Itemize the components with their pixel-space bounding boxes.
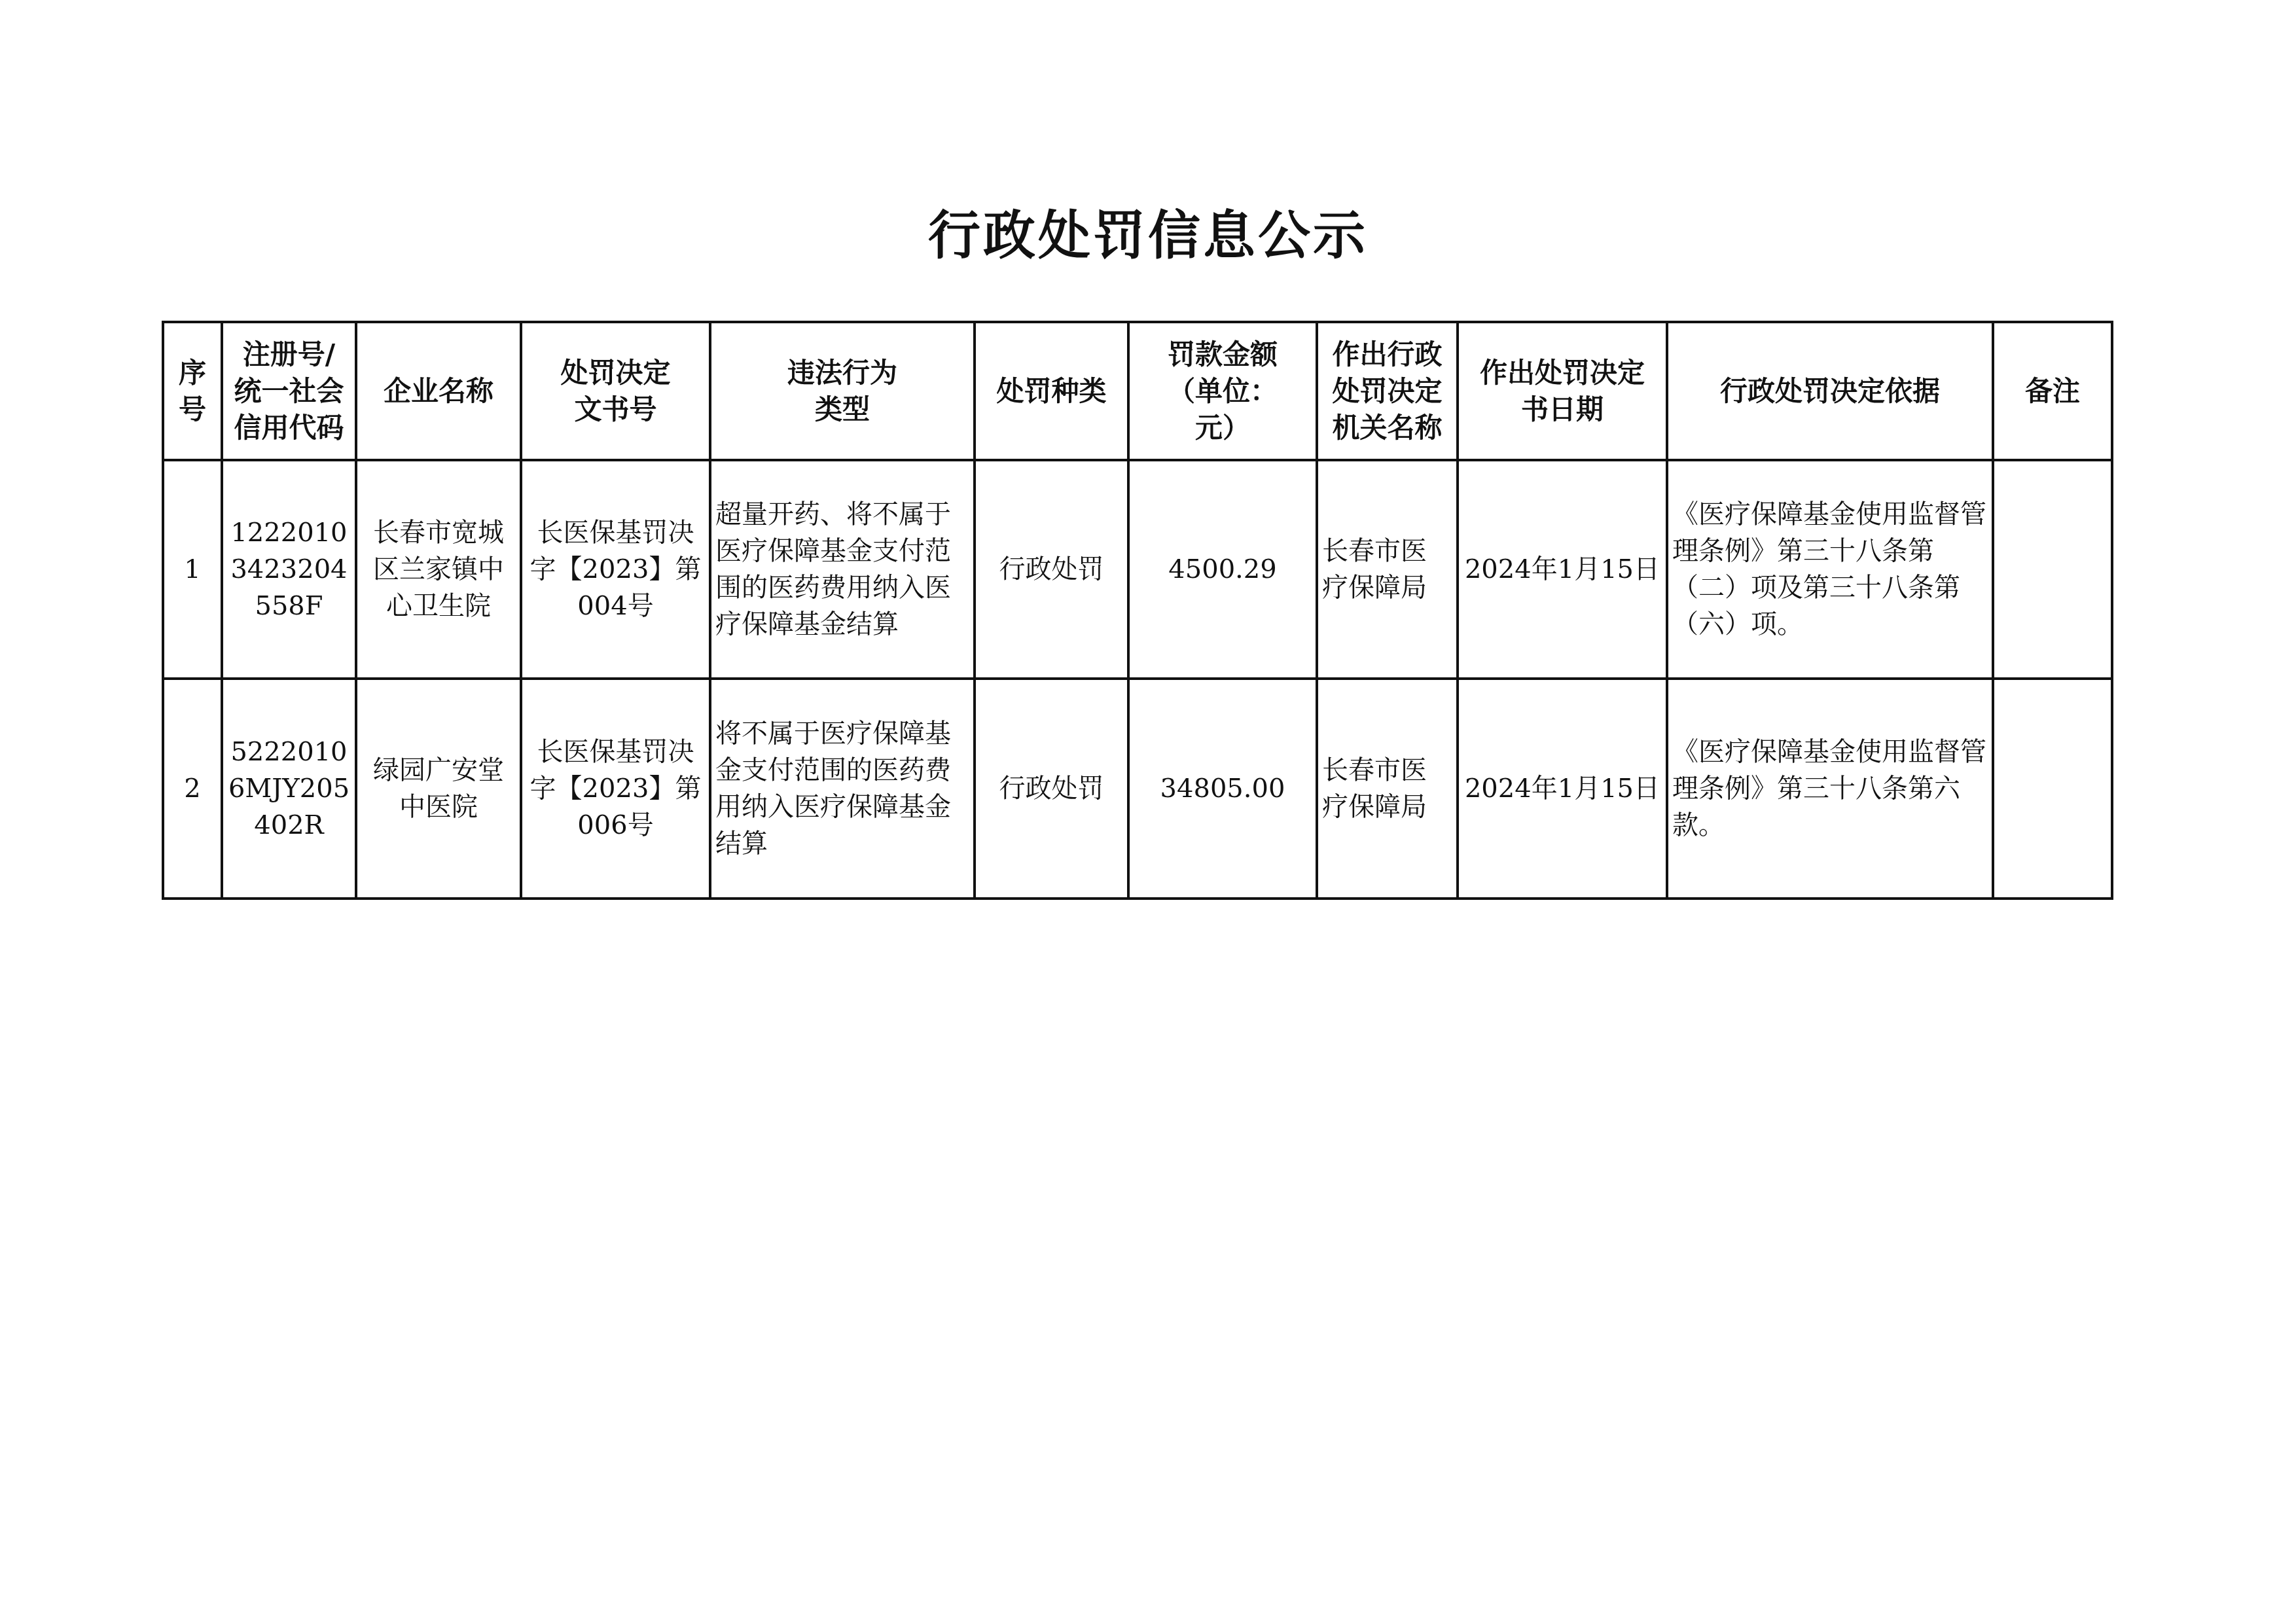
page-title: 行政处罚信息公示	[0, 196, 2296, 275]
cell-remarks	[1993, 460, 2112, 679]
cell-violation-type: 将不属于医疗保障基金支付范围的医药费用纳入医疗保障基金结算	[710, 679, 975, 899]
cell-penalty-type: 行政处罚	[975, 460, 1128, 679]
header-legal-basis: 行政处罚决定依据	[1667, 322, 1993, 460]
header-company-name: 企业名称	[356, 322, 521, 460]
table-header-row: 序号 注册号/ 统一社会 信用代码 企业名称 处罚决定 文书号 违法行为 类型 …	[163, 322, 2112, 460]
header-credit-code: 注册号/ 统一社会 信用代码	[222, 322, 356, 460]
cell-fine-amount: 4500.29	[1128, 460, 1317, 679]
cell-fine-amount: 34805.00	[1128, 679, 1317, 899]
penalty-info-table: 序号 注册号/ 统一社会 信用代码 企业名称 处罚决定 文书号 违法行为 类型 …	[162, 321, 2113, 900]
header-decision-date: 作出处罚决定 书日期	[1458, 322, 1667, 460]
cell-company-name: 长春市宽城区兰家镇中心卫生院	[356, 460, 521, 679]
cell-authority: 长春市医疗保障局	[1317, 460, 1458, 679]
cell-credit-code: 52220106MJY205402R	[222, 679, 356, 899]
cell-penalty-type: 行政处罚	[975, 679, 1128, 899]
cell-company-name: 绿园广安堂中医院	[356, 679, 521, 899]
cell-legal-basis: 《医疗保障基金使用监督管理条例》第三十八条第（二）项及第三十八条第（六）项。	[1667, 460, 1993, 679]
cell-index: 2	[163, 679, 222, 899]
cell-authority: 长春市医疗保障局	[1317, 679, 1458, 899]
header-remarks: 备注	[1993, 322, 2112, 460]
table-row: 1 12220103423204558F 长春市宽城区兰家镇中心卫生院 长医保基…	[163, 460, 2112, 679]
cell-decision-date: 2024年1月15日	[1458, 460, 1667, 679]
header-penalty-type: 处罚种类	[975, 322, 1128, 460]
header-fine-amount: 罚款金额 （单位： 元）	[1128, 322, 1317, 460]
cell-violation-type: 超量开药、将不属于医疗保障基金支付范围的医药费用纳入医疗保障基金结算	[710, 460, 975, 679]
header-document-no: 处罚决定 文书号	[521, 322, 710, 460]
header-index: 序号	[163, 322, 222, 460]
header-authority: 作出行政 处罚决定 机关名称	[1317, 322, 1458, 460]
cell-document-no: 长医保基罚决字【2023】第004号	[521, 460, 710, 679]
cell-document-no: 长医保基罚决字【2023】第006号	[521, 679, 710, 899]
cell-index: 1	[163, 460, 222, 679]
cell-decision-date: 2024年1月15日	[1458, 679, 1667, 899]
header-violation-type: 违法行为 类型	[710, 322, 975, 460]
cell-legal-basis: 《医疗保障基金使用监督管理条例》第三十八条第六款。	[1667, 679, 1993, 899]
table-row: 2 52220106MJY205402R 绿园广安堂中医院 长医保基罚决字【20…	[163, 679, 2112, 899]
cell-remarks	[1993, 679, 2112, 899]
cell-credit-code: 12220103423204558F	[222, 460, 356, 679]
